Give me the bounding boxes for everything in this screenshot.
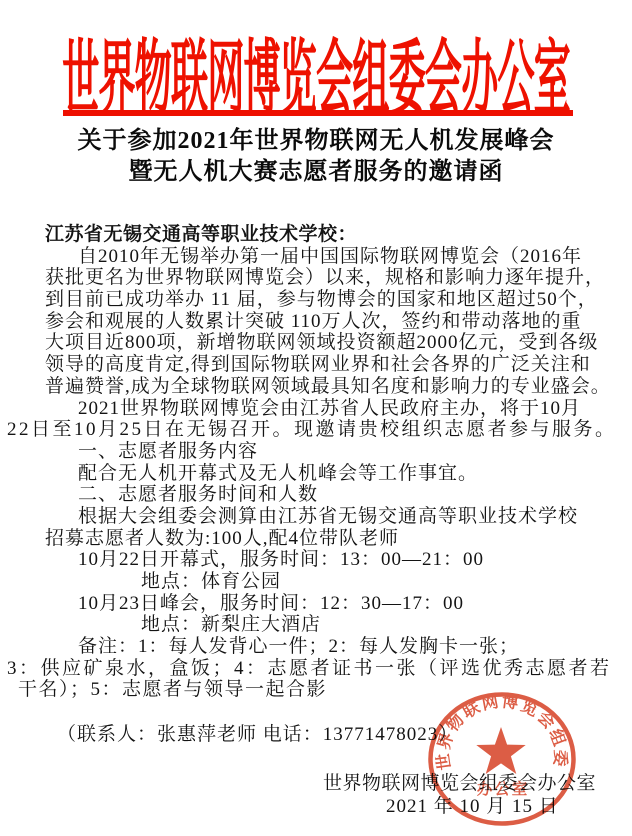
letter-body-line: 参会和观展的人数累计突破 110万人次，签约和带动落地的重: [45, 311, 585, 333]
letterhead-divider-rule: [63, 110, 573, 116]
letter-body-line: 江苏省无锡交通高等职业技术学校：: [45, 224, 585, 246]
letter-body-line: 二、志愿者服务时间和人数: [78, 484, 585, 506]
letter-body-line: 10月22日开幕式，服务时间：13：00—21：00: [78, 549, 585, 571]
star-icon: [476, 727, 525, 774]
letter-body-line: 获批更名为世界物联网博览会）以来，规格和影响力逐年提升，: [45, 267, 585, 289]
official-seal-stamp: 世界物联网博览会组委会 办公室: [427, 691, 577, 827]
letter-body-line: 招募志愿者人数为:100人,配4位带队老师: [45, 528, 585, 550]
letter-body-line: 根据大会组委会测算由江苏省无锡交通高等职业技术学校: [78, 506, 585, 528]
letter-body-line: 22日至10月25日在无锡召开。现邀请贵校组织志愿者参与服务。: [7, 419, 585, 441]
document-page: { "letterhead": { "org_name": "世界物联网博览会组…: [0, 0, 632, 836]
letter-body-line: 10月23日峰会，服务时间：12：30—17：00: [78, 593, 585, 615]
seal-bottom-text: 办公室: [477, 779, 530, 798]
letter-body-line: 2021世界物联网博览会由江苏省人民政府主办，将于10月: [78, 398, 585, 420]
document-title: 关于参加2021年世界物联网无人机发展峰会 暨无人机大赛志愿者服务的邀请函: [20, 126, 612, 188]
letter-body: 江苏省无锡交通高等职业技术学校：自2010年无锡举办第一届中国国际物联网博览会（…: [45, 224, 585, 701]
letter-body-line: 领导的高度肯定,得到国际物联网业界和社会各界的广泛关注和: [45, 354, 585, 376]
document-title-line2: 暨无人机大赛志愿者服务的邀请函: [20, 157, 612, 188]
letter-body-line: 一、志愿者服务内容: [78, 441, 585, 463]
letter-body-line: 备注：1：每人发背心一件；2：每人发胸卡一张；: [78, 636, 585, 658]
letter-body-line: 到目前已成功举办 11 届，参与物博会的国家和地区超过50个，: [45, 289, 585, 311]
letter-body-line: 配合无人机开幕式及无人机峰会等工作事宜。: [78, 463, 585, 485]
letter-body-line: 3：供应矿泉水，盒饭；4：志愿者证书一张（评选优秀志愿者若: [7, 658, 585, 680]
letter-body-line: 大项目近800项，新增物联网领域投资额超2000亿元，受到各级: [45, 332, 585, 354]
letter-body-line: 普遍赞誉,成为全球物联网领域最具知名度和影响力的专业盛会。: [45, 376, 585, 398]
document-title-line1: 关于参加2021年世界物联网无人机发展峰会: [20, 126, 612, 157]
contact-line: （联系人：张惠萍老师 电话：13771478023）: [57, 719, 458, 746]
letter-body-line: 地点：体育公园: [141, 571, 585, 593]
letter-body-line: 自2010年无锡举办第一届中国国际物联网博览会（2016年: [78, 246, 585, 268]
letter-body-line: 地点：新梨庄大酒店: [141, 614, 585, 636]
